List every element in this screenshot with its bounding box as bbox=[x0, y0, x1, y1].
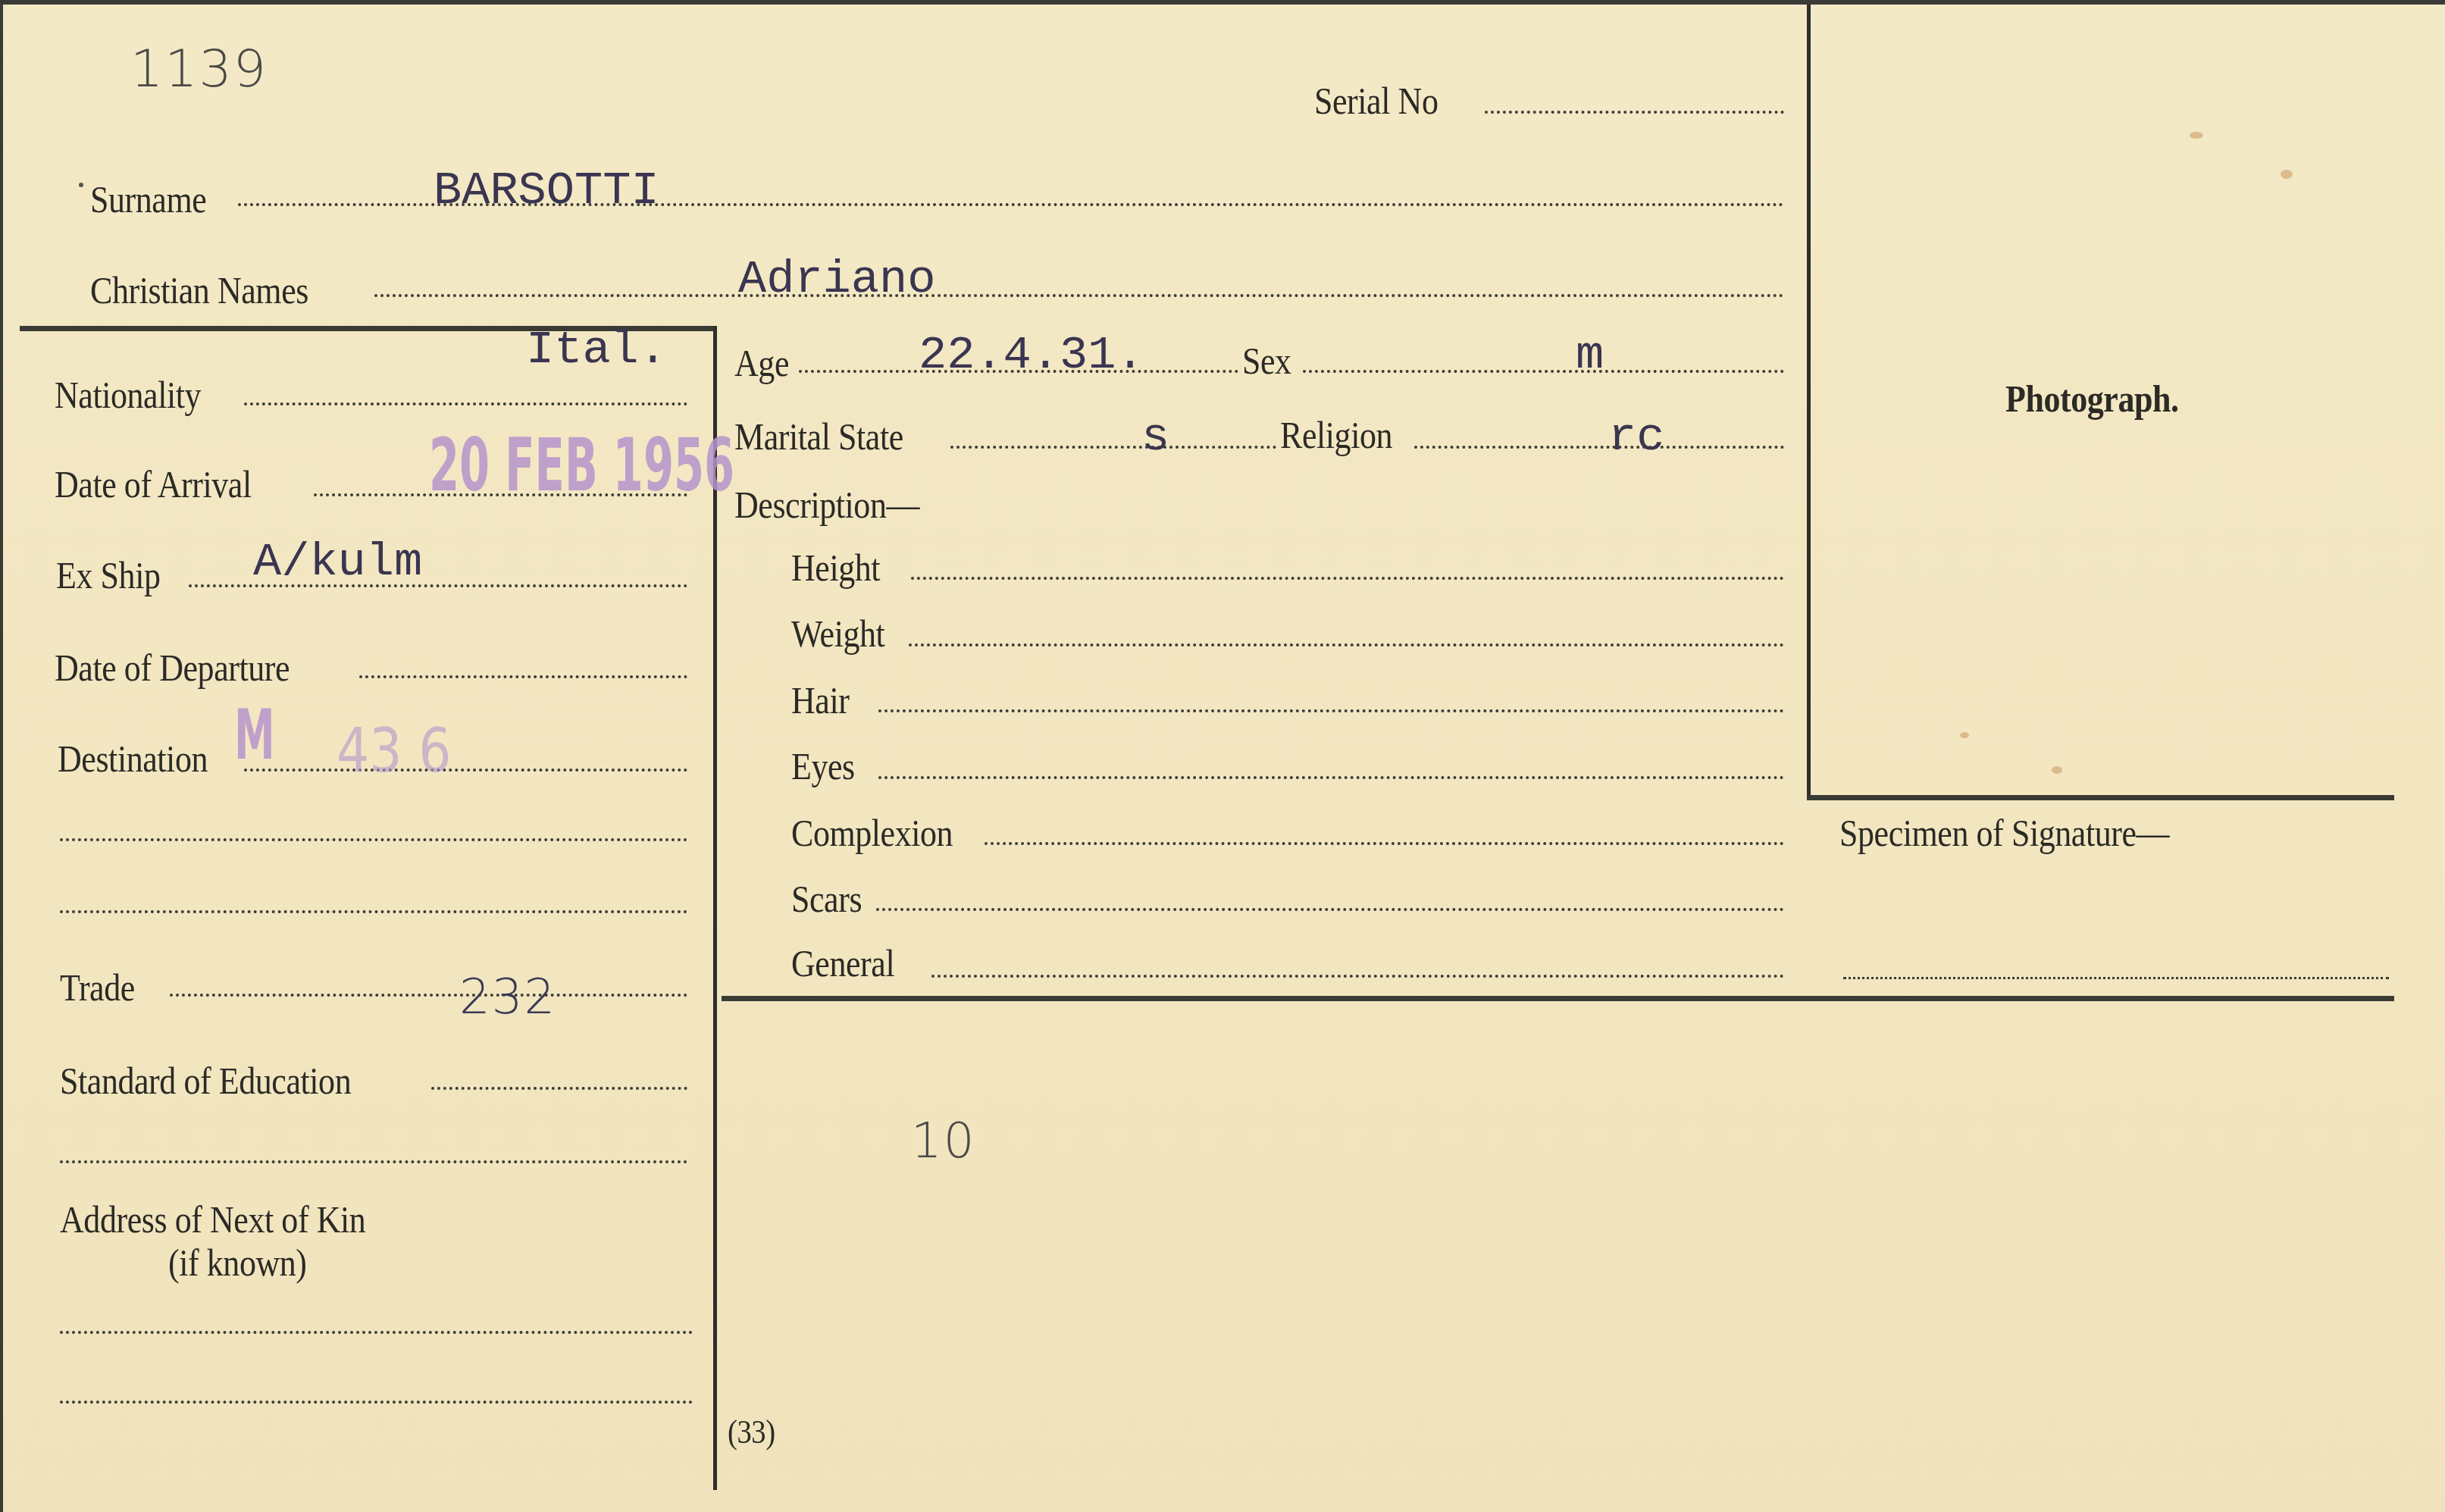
scars-field-line[interactable] bbox=[876, 908, 1784, 911]
marital-state-value: s bbox=[1141, 414, 1169, 461]
nationality-label: Nationality bbox=[55, 376, 201, 414]
description-bottom-border bbox=[722, 996, 2394, 1001]
nationality-value: Ital. bbox=[526, 327, 667, 374]
address-next-of-kin-label: Address of Next of Kin bbox=[60, 1201, 365, 1238]
address-next-of-kin-sublabel: (if known) bbox=[168, 1244, 307, 1282]
registration-card: 1139 Serial No Surname BARSOTTI Christia… bbox=[0, 0, 2445, 1512]
religion-value: rc bbox=[1608, 414, 1664, 461]
stain bbox=[1960, 732, 1969, 738]
serial-no-field[interactable] bbox=[1485, 111, 1784, 114]
photo-box-left-border bbox=[1807, 5, 1811, 800]
photograph-label: Photograph. bbox=[2005, 380, 2179, 418]
standard-of-education-label: Standard of Education bbox=[60, 1062, 351, 1100]
age-label: Age bbox=[734, 344, 789, 382]
destination-extra-line-2[interactable] bbox=[60, 910, 687, 913]
date-of-arrival-label: Date of Arrival bbox=[55, 465, 252, 503]
trade-value: 232 bbox=[459, 973, 556, 1022]
address-next-of-kin-line-2[interactable] bbox=[60, 1401, 693, 1404]
serial-no-label: Serial No bbox=[1314, 82, 1438, 120]
arrival-date-stamp: 20 FEB 1956 bbox=[429, 429, 734, 502]
destination-stamp-letter: M bbox=[234, 702, 275, 770]
destination-extra-line-1[interactable] bbox=[60, 838, 687, 841]
hair-field-line[interactable] bbox=[878, 709, 1784, 712]
date-of-departure-field-line[interactable] bbox=[359, 675, 687, 678]
standard-of-education-extra-line[interactable] bbox=[60, 1160, 687, 1163]
ex-ship-label: Ex Ship bbox=[56, 556, 161, 594]
surname-label: Surname bbox=[90, 180, 206, 218]
religion-label: Religion bbox=[1280, 416, 1392, 454]
description-label: Description— bbox=[734, 486, 919, 524]
eyes-label: Eyes bbox=[791, 747, 855, 785]
general-label: General bbox=[791, 944, 894, 982]
stain bbox=[2052, 766, 2062, 774]
nationality-field-line[interactable] bbox=[244, 402, 687, 405]
sex-label: Sex bbox=[1242, 342, 1291, 380]
height-label: Height bbox=[791, 549, 880, 587]
card-number: 1139 bbox=[130, 44, 268, 95]
signature-field-line[interactable] bbox=[1843, 977, 2389, 979]
age-value: 22.4.31. bbox=[919, 332, 1144, 379]
weight-label: Weight bbox=[791, 615, 884, 653]
weight-field-line[interactable] bbox=[909, 643, 1784, 646]
office-number: 10 bbox=[911, 1117, 975, 1166]
trade-field-line[interactable] bbox=[170, 994, 687, 997]
complexion-label: Complexion bbox=[791, 814, 953, 852]
stain bbox=[2281, 170, 2293, 179]
scars-label: Scars bbox=[791, 880, 862, 918]
trade-label: Trade bbox=[60, 969, 135, 1006]
destination-field-line[interactable] bbox=[244, 769, 687, 772]
christian-names-field-line[interactable] bbox=[374, 294, 1784, 297]
christian-names-label: Christian Names bbox=[90, 271, 308, 309]
general-field-line[interactable] bbox=[931, 975, 1784, 978]
destination-label: Destination bbox=[58, 740, 208, 778]
height-field-line[interactable] bbox=[911, 577, 1784, 580]
ex-ship-value: A/kulm bbox=[253, 539, 422, 586]
date-of-departure-label: Date of Departure bbox=[55, 649, 290, 687]
address-next-of-kin-line-1[interactable] bbox=[60, 1331, 693, 1334]
stain bbox=[2190, 132, 2203, 139]
hair-label: Hair bbox=[791, 681, 849, 719]
standard-of-education-field-line[interactable] bbox=[431, 1087, 687, 1090]
sex-field-line[interactable] bbox=[1303, 370, 1784, 373]
sex-value: m bbox=[1576, 332, 1604, 379]
destination-stamp-number: 43 6 bbox=[337, 721, 451, 781]
signature-label: Specimen of Signature— bbox=[1839, 814, 2169, 852]
religion-field-line[interactable] bbox=[1414, 446, 1784, 449]
photo-box-bottom-border bbox=[1807, 795, 2394, 800]
eyes-field-line[interactable] bbox=[878, 776, 1784, 779]
surname-value: BARSOTTI bbox=[434, 167, 659, 214]
marital-state-label: Marital State bbox=[734, 418, 903, 455]
christian-names-value: Adriano bbox=[738, 256, 935, 303]
complexion-field-line[interactable] bbox=[985, 842, 1784, 845]
bullet-dot bbox=[79, 183, 83, 187]
marital-state-field-line[interactable] bbox=[950, 446, 1276, 449]
form-number: (33) bbox=[728, 1416, 775, 1449]
